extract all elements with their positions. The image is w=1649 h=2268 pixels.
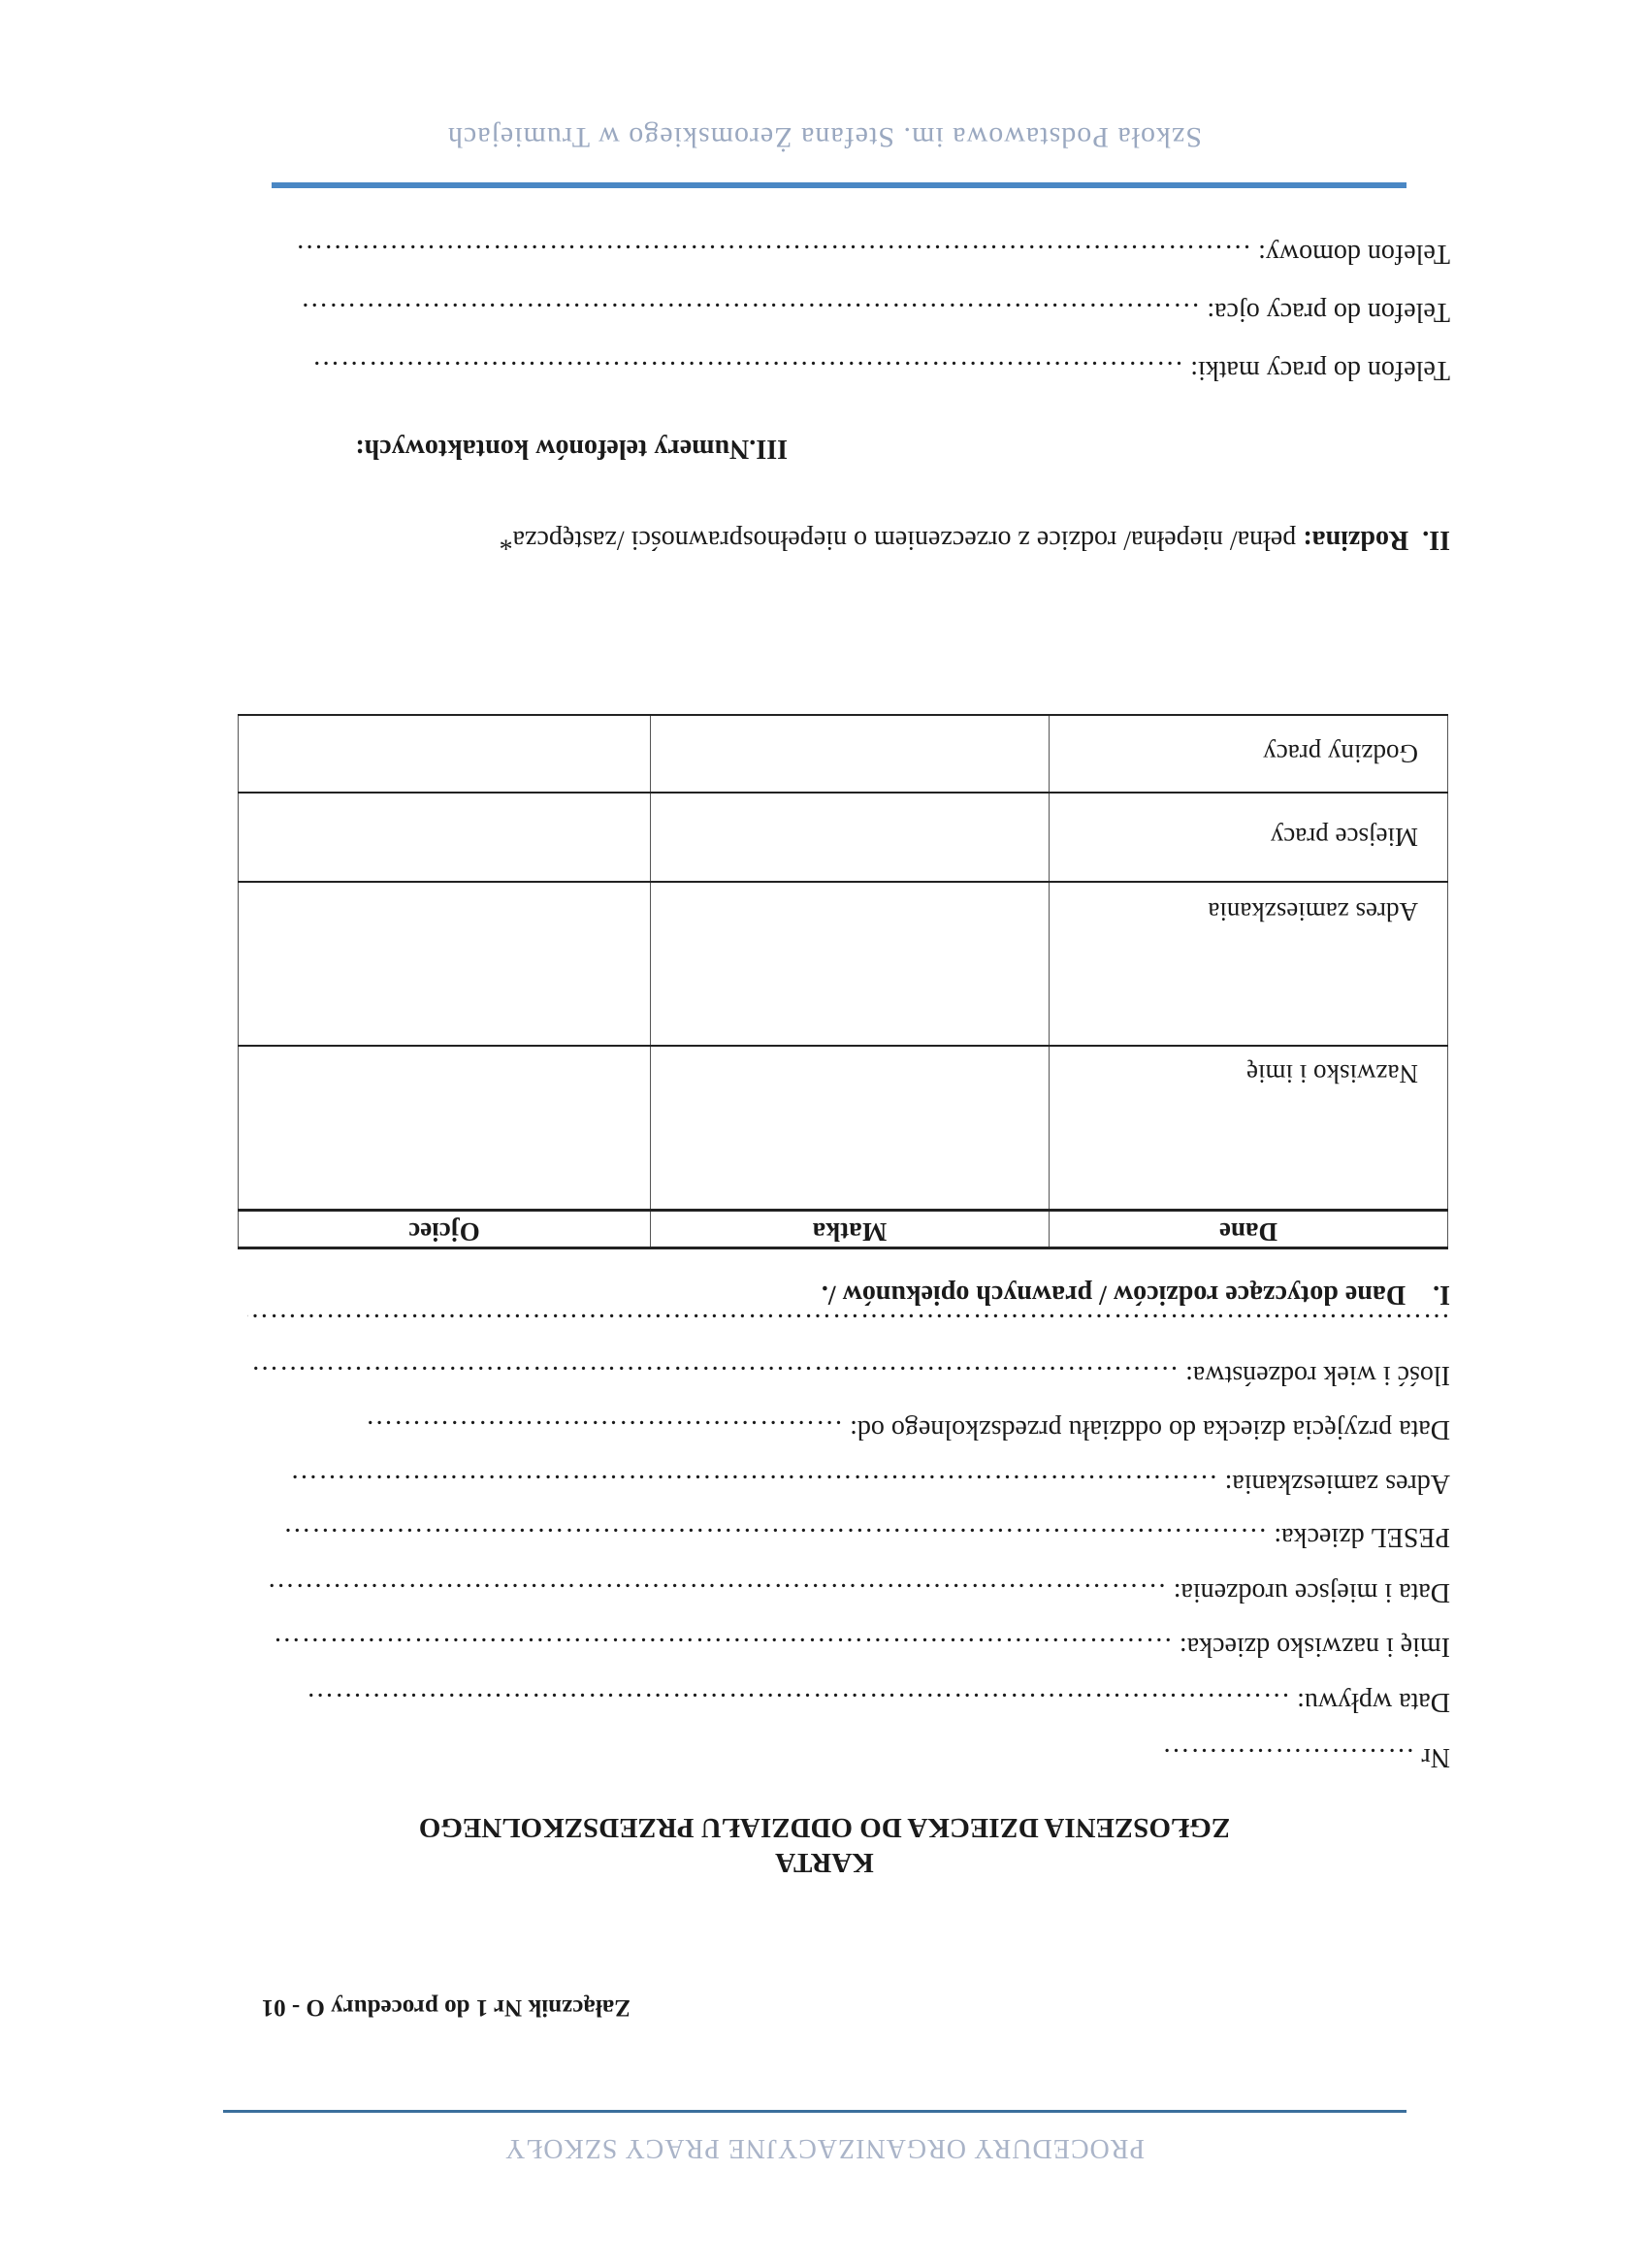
field-label: PESEL dziecka: bbox=[1274, 1522, 1450, 1552]
field-blank[interactable]: ………………………………………………………………………………………… bbox=[295, 239, 1251, 269]
field-blank[interactable]: …………………………………………………………………………………………… bbox=[282, 1522, 1267, 1552]
footer-divider bbox=[223, 2110, 1406, 2113]
attachment-label: Załącznik Nr 1 do procedury O - 01 bbox=[262, 1993, 630, 2021]
field-label: Telefon do pracy matki: bbox=[1190, 355, 1450, 385]
field-label: Data przyjęcia dziecka do oddziału przed… bbox=[850, 1414, 1450, 1444]
field-imie-nazwisko[interactable]: Imię i nazwisko dziecka: ………………………………………… bbox=[247, 1630, 1450, 1663]
field-data-miejsce-urodzenia[interactable]: Data i miejsce urodzenia: ……………………………………… bbox=[247, 1575, 1450, 1608]
cell-father[interactable] bbox=[239, 793, 651, 882]
cell-mother[interactable] bbox=[651, 882, 1050, 1046]
cell-mother[interactable] bbox=[651, 793, 1050, 882]
field-rodzenstwo[interactable]: Ilość i wiek rodzeństwa: ………………………………………… bbox=[247, 1358, 1450, 1391]
field-data-przyjecia[interactable]: Data przyjęcia dziecka do oddziału przed… bbox=[247, 1412, 1450, 1445]
cell-father[interactable] bbox=[239, 1046, 651, 1211]
cell-mother[interactable] bbox=[651, 1046, 1050, 1211]
field-blank[interactable]: ……………………………………………………………………………………… bbox=[250, 1360, 1179, 1390]
row-label: Godziny pracy bbox=[1050, 715, 1448, 793]
field-blank[interactable]: …………………………………………………………………………………… bbox=[267, 1577, 1167, 1607]
field-blank[interactable]: …………………………………………… bbox=[365, 1414, 843, 1444]
field-label: Ilość i wiek rodzeństwa: bbox=[1185, 1360, 1450, 1390]
field-label: Imię i nazwisko dziecka: bbox=[1180, 1632, 1450, 1662]
row-label: Miejsce pracy bbox=[1050, 793, 1448, 882]
table-header-row: Dane Matka Ojciec bbox=[239, 1211, 1448, 1248]
cell-father[interactable] bbox=[239, 715, 651, 793]
field-blank[interactable]: …………………………………………………………………………………… bbox=[300, 297, 1200, 327]
form-title-line1: KARTA bbox=[0, 1846, 1649, 1878]
section2-title: Rodzina: bbox=[1303, 525, 1408, 555]
section2-numeral: II. bbox=[1422, 525, 1450, 555]
field-blank[interactable]: …………………………………………………………………………………………………………… bbox=[247, 1308, 1450, 1338]
table-row: Nazwisko i imię bbox=[239, 1046, 1448, 1211]
row-label: Nazwisko i imię bbox=[1050, 1046, 1448, 1211]
form-title-line2: ZGŁOSZENIA DZIECKA DO ODDZIAŁU PRZEDSZKO… bbox=[0, 1811, 1649, 1843]
field-data-wplywu[interactable]: Data wpływu: ………………………………………………………………………… bbox=[247, 1685, 1450, 1718]
table-row: Godziny pracy bbox=[239, 715, 1448, 793]
header-matka: Matka bbox=[651, 1211, 1050, 1248]
field-blank[interactable]: ……………………………………………………………………………………… bbox=[290, 1469, 1218, 1499]
section3-heading: III.Numery telefonów kontaktowych: bbox=[355, 433, 788, 464]
parents-table: Dane Matka Ojciec Nazwisko i imię Adres … bbox=[238, 714, 1448, 1249]
field-telefon-domowy[interactable]: Telefon domowy: ………………………………………………………………… bbox=[247, 237, 1450, 270]
section2-heading: II. Rodzina: pełna/ niepełna/ rodzice z … bbox=[500, 524, 1450, 555]
row-label: Adres zamieszkania bbox=[1050, 882, 1448, 1046]
field-blank[interactable]: …………………………………………………………………………………………… bbox=[306, 1687, 1290, 1717]
field-label: Telefon do pracy ojca: bbox=[1207, 297, 1450, 327]
field-label: Adres zamieszkania: bbox=[1225, 1469, 1450, 1499]
cell-mother[interactable] bbox=[651, 715, 1050, 793]
school-name-header: Szkoła Podstawowa im. Stefana Żeromskieg… bbox=[0, 120, 1649, 153]
field-label: Data wpływu: bbox=[1297, 1687, 1450, 1717]
header-dane: Dane bbox=[1050, 1211, 1448, 1248]
header-divider bbox=[272, 182, 1406, 188]
field-adres[interactable]: Adres zamieszkania: ……………………………………………………… bbox=[247, 1467, 1450, 1500]
cell-father[interactable] bbox=[239, 882, 651, 1046]
footer-text: PROCEDURY ORGANIZACYJNE PRACY SZKOŁY bbox=[0, 2132, 1649, 2163]
field-telefon-matki[interactable]: Telefon do pracy matki: …………………………………………… bbox=[247, 353, 1450, 386]
table-row: Miejsce pracy bbox=[239, 793, 1448, 882]
header-ojciec: Ojciec bbox=[239, 1211, 651, 1248]
field-pesel[interactable]: PESEL dziecka: …………………………………………………………………… bbox=[247, 1520, 1450, 1553]
field-extra-line[interactable]: …………………………………………………………………………………………………………… bbox=[247, 1306, 1450, 1339]
field-label: Nr bbox=[1421, 1742, 1450, 1772]
field-nr[interactable]: Nr ……………………… bbox=[247, 1740, 1450, 1773]
field-label: Data i miejsce urodzenia: bbox=[1174, 1577, 1450, 1607]
field-blank[interactable]: …………………………………………………………………………………… bbox=[273, 1632, 1173, 1662]
section2-options: pełna/ niepełna/ rodzice z orzeczeniem o… bbox=[500, 525, 1297, 555]
field-blank[interactable]: ……………………… bbox=[1161, 1742, 1414, 1772]
document-page: Szkoła Podstawowa im. Stefana Żeromskieg… bbox=[0, 0, 1649, 2268]
field-blank[interactable]: ………………………………………………………………………………… bbox=[311, 355, 1183, 385]
table-row: Adres zamieszkania bbox=[239, 882, 1448, 1046]
field-label: Telefon domowy: bbox=[1258, 239, 1450, 269]
field-telefon-ojca[interactable]: Telefon do pracy ojca: ……………………………………………… bbox=[247, 295, 1450, 328]
